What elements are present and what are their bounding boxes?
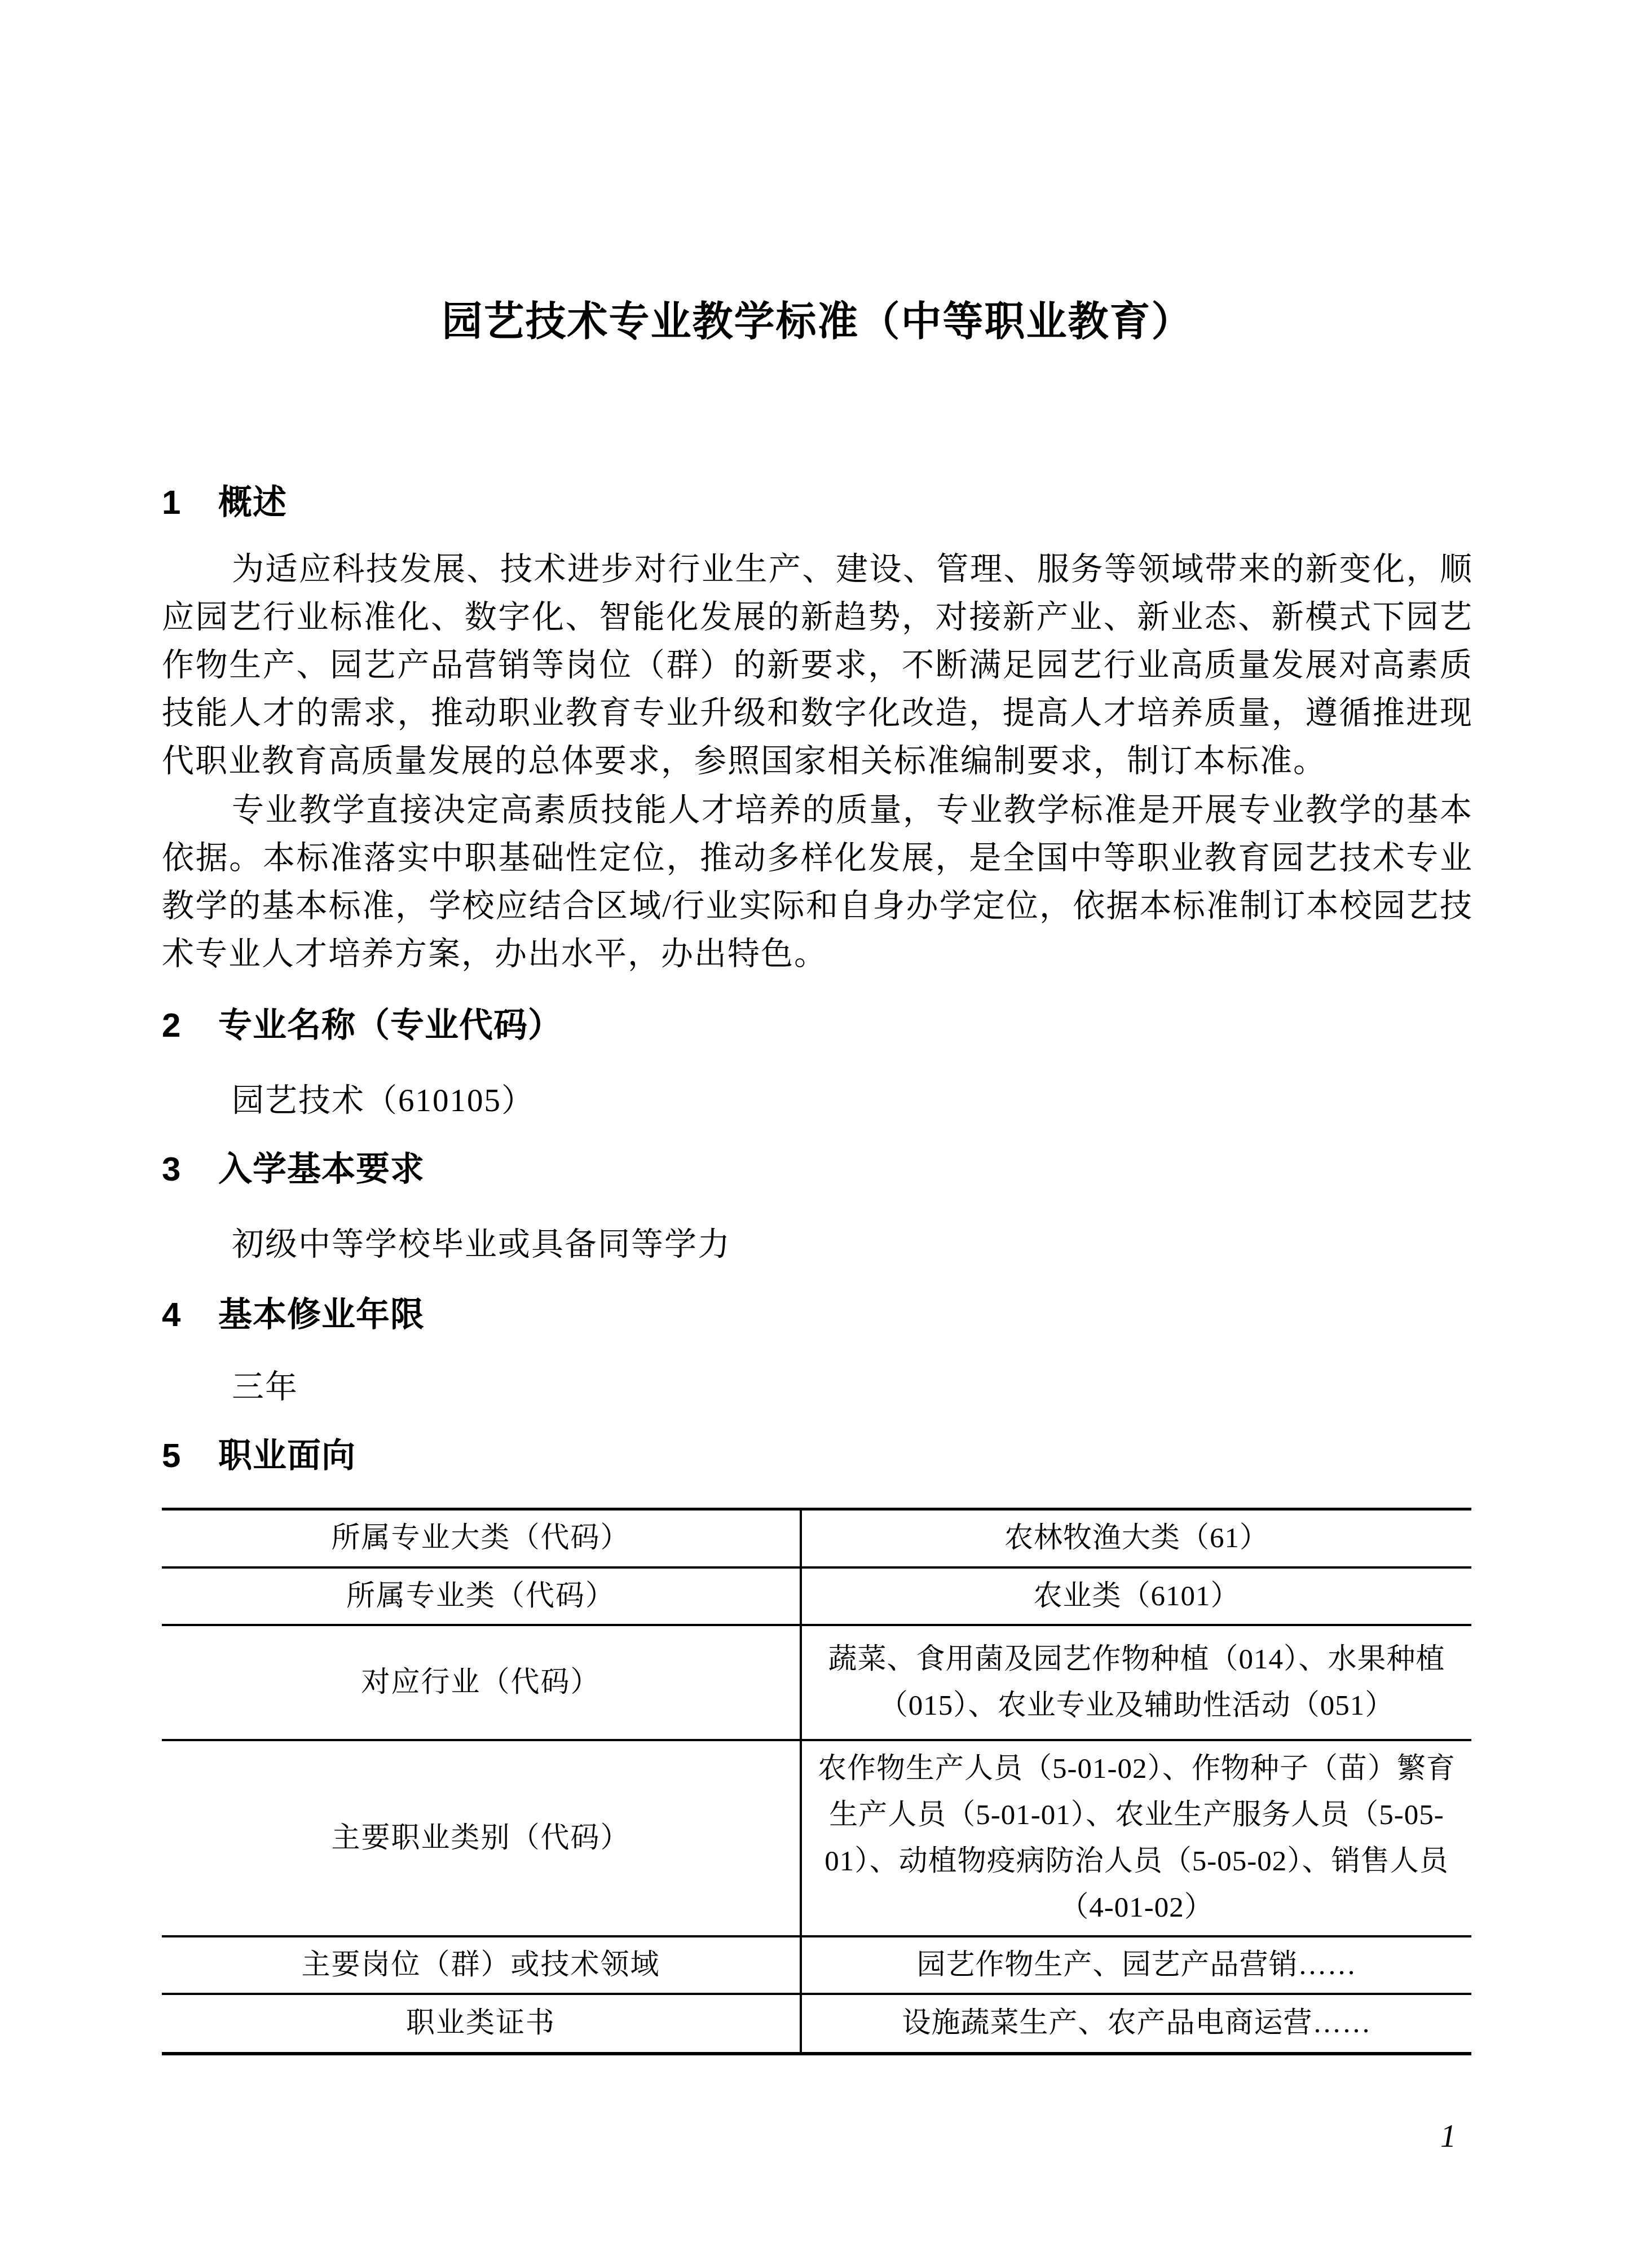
section-number: 5 [162, 1433, 218, 1478]
section-heading-entry-requirements: 3 入学基本要求 [162, 1147, 1473, 1192]
section-heading-text: 入学基本要求 [218, 1147, 425, 1192]
row-value: 农业类（6101） [801, 1567, 1471, 1625]
row-value: 农林牧渔大类（61） [801, 1509, 1471, 1567]
table-row: 主要岗位（群）或技术领域 园艺作物生产、园艺产品营销…… [162, 1936, 1471, 1994]
row-value: 园艺作物生产、园艺产品营销…… [801, 1936, 1471, 1994]
section-number: 4 [162, 1292, 218, 1337]
row-label: 所属专业大类（代码） [162, 1509, 801, 1567]
overview-paragraph-2: 专业教学直接决定高素质技能人才培养的质量，专业教学标准是开展专业教学的基本依据。… [162, 786, 1473, 978]
section-heading-study-duration: 4 基本修业年限 [162, 1292, 1473, 1337]
row-label: 职业类证书 [162, 1994, 801, 2054]
row-value: 农作物生产人员（5-01-02）、作物种子（苗）繁育生产人员（5-01-01）、… [801, 1740, 1471, 1936]
row-label: 主要职业类别（代码） [162, 1740, 801, 1936]
section-number: 3 [162, 1147, 218, 1192]
section-heading-career-orientation: 5 职业面向 [162, 1433, 1473, 1478]
section-heading-text: 专业名称（专业代码） [218, 1003, 562, 1048]
row-value: 设施蔬菜生产、农产品电商运营…… [801, 1994, 1471, 2054]
career-orientation-table: 所属专业大类（代码） 农林牧渔大类（61） 所属专业类（代码） 农业类（6101… [162, 1508, 1471, 2055]
table-row: 主要职业类别（代码） 农作物生产人员（5-01-02）、作物种子（苗）繁育生产人… [162, 1740, 1471, 1936]
table-row: 所属专业类（代码） 农业类（6101） [162, 1567, 1471, 1625]
section-heading-text: 概述 [218, 480, 287, 525]
table-row: 职业类证书 设施蔬菜生产、农产品电商运营…… [162, 1994, 1471, 2054]
row-label: 对应行业（代码） [162, 1625, 801, 1740]
row-value: 蔬菜、食用菌及园艺作物种植（014）、水果种植（015）、农业专业及辅助性活动（… [801, 1625, 1471, 1740]
document-page: 园艺技术专业教学标准（中等职业教育） 1 概述 为适应科技发展、技术进步对行业生… [0, 0, 1627, 2268]
section-heading-major-name: 2 专业名称（专业代码） [162, 1003, 1473, 1048]
major-name-value: 园艺技术（610105） [162, 1077, 1473, 1125]
table-row: 对应行业（代码） 蔬菜、食用菌及园艺作物种植（014）、水果种植（015）、农业… [162, 1625, 1471, 1740]
table-row: 所属专业大类（代码） 农林牧渔大类（61） [162, 1509, 1471, 1567]
section-heading-text: 基本修业年限 [218, 1292, 425, 1337]
row-label: 所属专业类（代码） [162, 1567, 801, 1625]
page-number: 1 [162, 2120, 1473, 2154]
page-content: 园艺技术专业教学标准（中等职业教育） 1 概述 为适应科技发展、技术进步对行业生… [162, 0, 1473, 2154]
overview-paragraph-1: 为适应科技发展、技术进步对行业生产、建设、管理、服务等领域带来的新变化，顺应园艺… [162, 545, 1473, 785]
study-duration-value: 三年 [162, 1363, 1473, 1411]
section-heading-overview: 1 概述 [162, 480, 1473, 525]
document-title: 园艺技术专业教学标准（中等职业教育） [162, 299, 1473, 344]
section-number: 2 [162, 1003, 218, 1048]
section-number: 1 [162, 480, 218, 525]
entry-requirements-value: 初级中等学校毕业或具备同等学力 [162, 1221, 1473, 1269]
row-label: 主要岗位（群）或技术领域 [162, 1936, 801, 1994]
section-heading-text: 职业面向 [218, 1433, 356, 1478]
